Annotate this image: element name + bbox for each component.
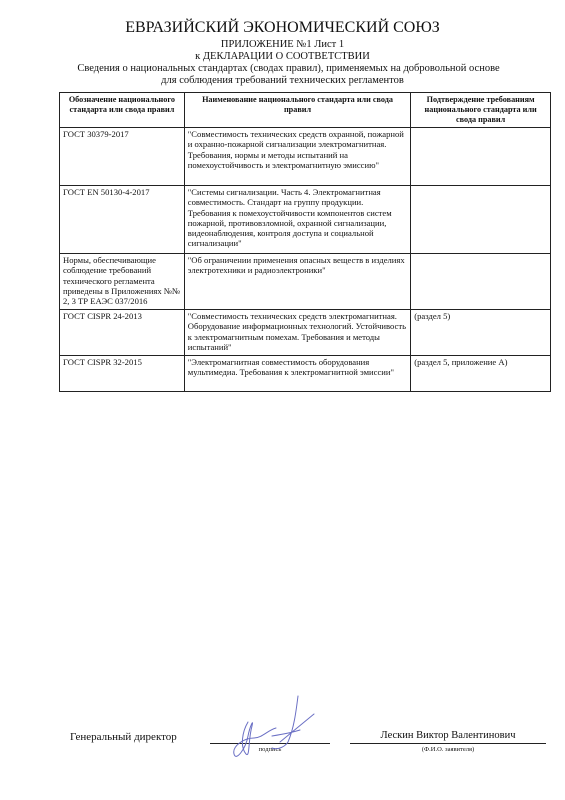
annex-title: ПРИЛОЖЕНИЕ №1 Лист 1	[0, 39, 565, 51]
cell-confirmation: (раздел 5)	[411, 310, 551, 356]
table-row: ГОСТ EN 50130-4-2017 "Системы сигнализац…	[60, 186, 551, 254]
column-header-confirmation: Подтверждение требованиям национального …	[411, 93, 551, 128]
handwritten-signature-icon	[228, 692, 318, 764]
column-header-name: Наименование национального стандарта или…	[184, 93, 410, 128]
cell-designation: ГОСТ CISPR 24-2013	[60, 310, 185, 356]
info-line-2: для соблюдения требований технических ре…	[0, 75, 565, 87]
cell-designation: Нормы, обеспечивающие соблюдение требова…	[60, 254, 185, 310]
table-row: ГОСТ CISPR 24-2013 "Совместимость технич…	[60, 310, 551, 356]
cell-name: "Электромагнитная совместимость оборудов…	[184, 356, 410, 392]
cell-designation: ГОСТ 30379-2017	[60, 128, 185, 186]
cell-designation: ГОСТ EN 50130-4-2017	[60, 186, 185, 254]
declaration-subtitle: к ДЕКЛАРАЦИИ О СООТВЕТСТВИИ	[0, 51, 565, 63]
cell-confirmation	[411, 128, 551, 186]
cell-confirmation	[411, 254, 551, 310]
table-row: ГОСТ 30379-2017 "Совместимость техническ…	[60, 128, 551, 186]
union-title: ЕВРАЗИЙСКИЙ ЭКОНОМИЧЕСКИЙ СОЮЗ	[0, 22, 565, 34]
cell-confirmation	[411, 186, 551, 254]
signer-caption: (Ф.И.О. заявителя)	[350, 746, 546, 753]
table-row: ГОСТ CISPR 32-2015 "Электромагнитная сов…	[60, 356, 551, 392]
name-line	[350, 743, 546, 744]
cell-name: "Системы сигнализации. Часть 4. Электром…	[184, 186, 410, 254]
cell-name: "Совместимость технических средств охран…	[184, 128, 410, 186]
cell-confirmation: (раздел 5, приложение А)	[411, 356, 551, 392]
cell-name: "Совместимость технических средств элект…	[184, 310, 410, 356]
cell-name: "Об ограничении применения опасных вещес…	[184, 254, 410, 310]
signer-name: Лескин Виктор Валентинович	[350, 730, 546, 741]
standards-table: Обозначение национального стандарта или …	[59, 92, 551, 392]
column-header-designation: Обозначение национального стандарта или …	[60, 93, 185, 128]
signer-role: Генеральный директор	[70, 731, 177, 743]
cell-designation: ГОСТ CISPR 32-2015	[60, 356, 185, 392]
info-line-1: Сведения о национальных стандартах (свод…	[6, 63, 565, 75]
table-header-row: Обозначение национального стандарта или …	[60, 93, 551, 128]
table-row: Нормы, обеспечивающие соблюдение требова…	[60, 254, 551, 310]
